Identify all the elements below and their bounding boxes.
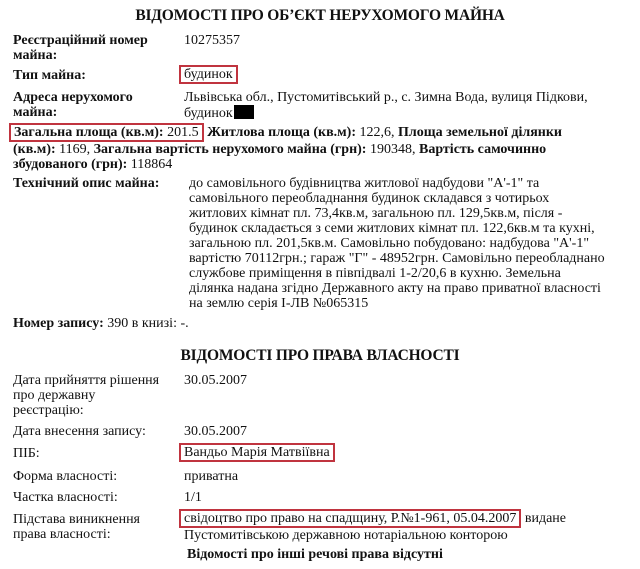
entry-date-value: 30.05.2007 <box>184 424 247 439</box>
tech-description-line: до самовільного будівництва житлової над… <box>189 176 605 191</box>
areas-paragraph: Загальна площа (кв.м): 201.5 Житлова пло… <box>9 123 624 172</box>
form-label: Форма власності: <box>13 469 117 484</box>
address-label: Адреса нерухомогомайна: <box>13 90 133 120</box>
record-row: Номер запису: 390 в книзі: -. <box>13 316 628 331</box>
tech-description-line: на землю серія І-ЛВ №065315 <box>189 296 605 311</box>
share-value: 1/1 <box>184 490 202 505</box>
tech-description-line: ділянка надана згідно Державного акту на… <box>189 281 605 296</box>
share-label: Частка власності: <box>13 490 118 505</box>
other-rights-note: Відомості про інші речові права відсутні <box>187 547 443 562</box>
record-label: Номер запису: <box>13 316 104 331</box>
tech-description-line: загальною пл. 201,5кв.м. Самовільно побу… <box>189 236 605 251</box>
name-value-highlight: Вандьо Марія Матвіївна <box>179 443 335 462</box>
tech-description: до самовільного будівництва житлової над… <box>189 176 605 311</box>
basis-highlight: свідоцтво про право на спадщину, Р.№1-96… <box>179 509 521 528</box>
section-title-object: ВІДОМОСТІ ПРО ОБ’ЄКТ НЕРУХОМОГО МАЙНА <box>0 8 640 23</box>
tech-description-line: службове приміщення в півпідвалі 1-2/20,… <box>189 266 605 281</box>
reg-number-label: Реєстраційний номермайна: <box>13 33 148 63</box>
decision-date-value: 30.05.2007 <box>184 373 247 388</box>
name-label: ПІБ: <box>13 446 40 461</box>
form-value: приватна <box>184 469 238 484</box>
tech-description-line: самовільного переобладнання будинок скла… <box>189 191 605 206</box>
redaction-block <box>234 105 254 119</box>
section-title-rights: ВІДОМОСТІ ПРО ПРАВА ВЛАСНОСТІ <box>0 348 640 363</box>
tech-description-line: вартістю 70112грн.; гараж "Г" - 48952грн… <box>189 251 605 266</box>
tech-label: Технічний опис майна: <box>13 176 159 191</box>
address-value: Львівська обл., Пустомитівський р., с. З… <box>184 90 588 121</box>
type-label: Тип майна: <box>13 68 86 83</box>
total-area-highlight: Загальна площа (кв.м): 201.5 <box>9 123 204 142</box>
tech-description-line: будинок складається з семи житлових кімн… <box>189 221 605 236</box>
type-value-highlight: будинок <box>179 65 238 84</box>
reg-number-value: 10275357 <box>184 33 240 48</box>
record-value: 390 в книзі: -. <box>107 316 188 331</box>
basis-value: свідоцтво про право на спадщину, Р.№1-96… <box>184 509 634 543</box>
tech-description-line: житлових кімнат пл. 73,4кв.м, загальною … <box>189 206 605 221</box>
entry-date-label: Дата внесення запису: <box>13 424 146 439</box>
basis-label: Підстава виникненняправа власності: <box>13 512 140 542</box>
decision-date-label: Дата прийняття рішенняпро державнуреєстр… <box>13 373 159 418</box>
